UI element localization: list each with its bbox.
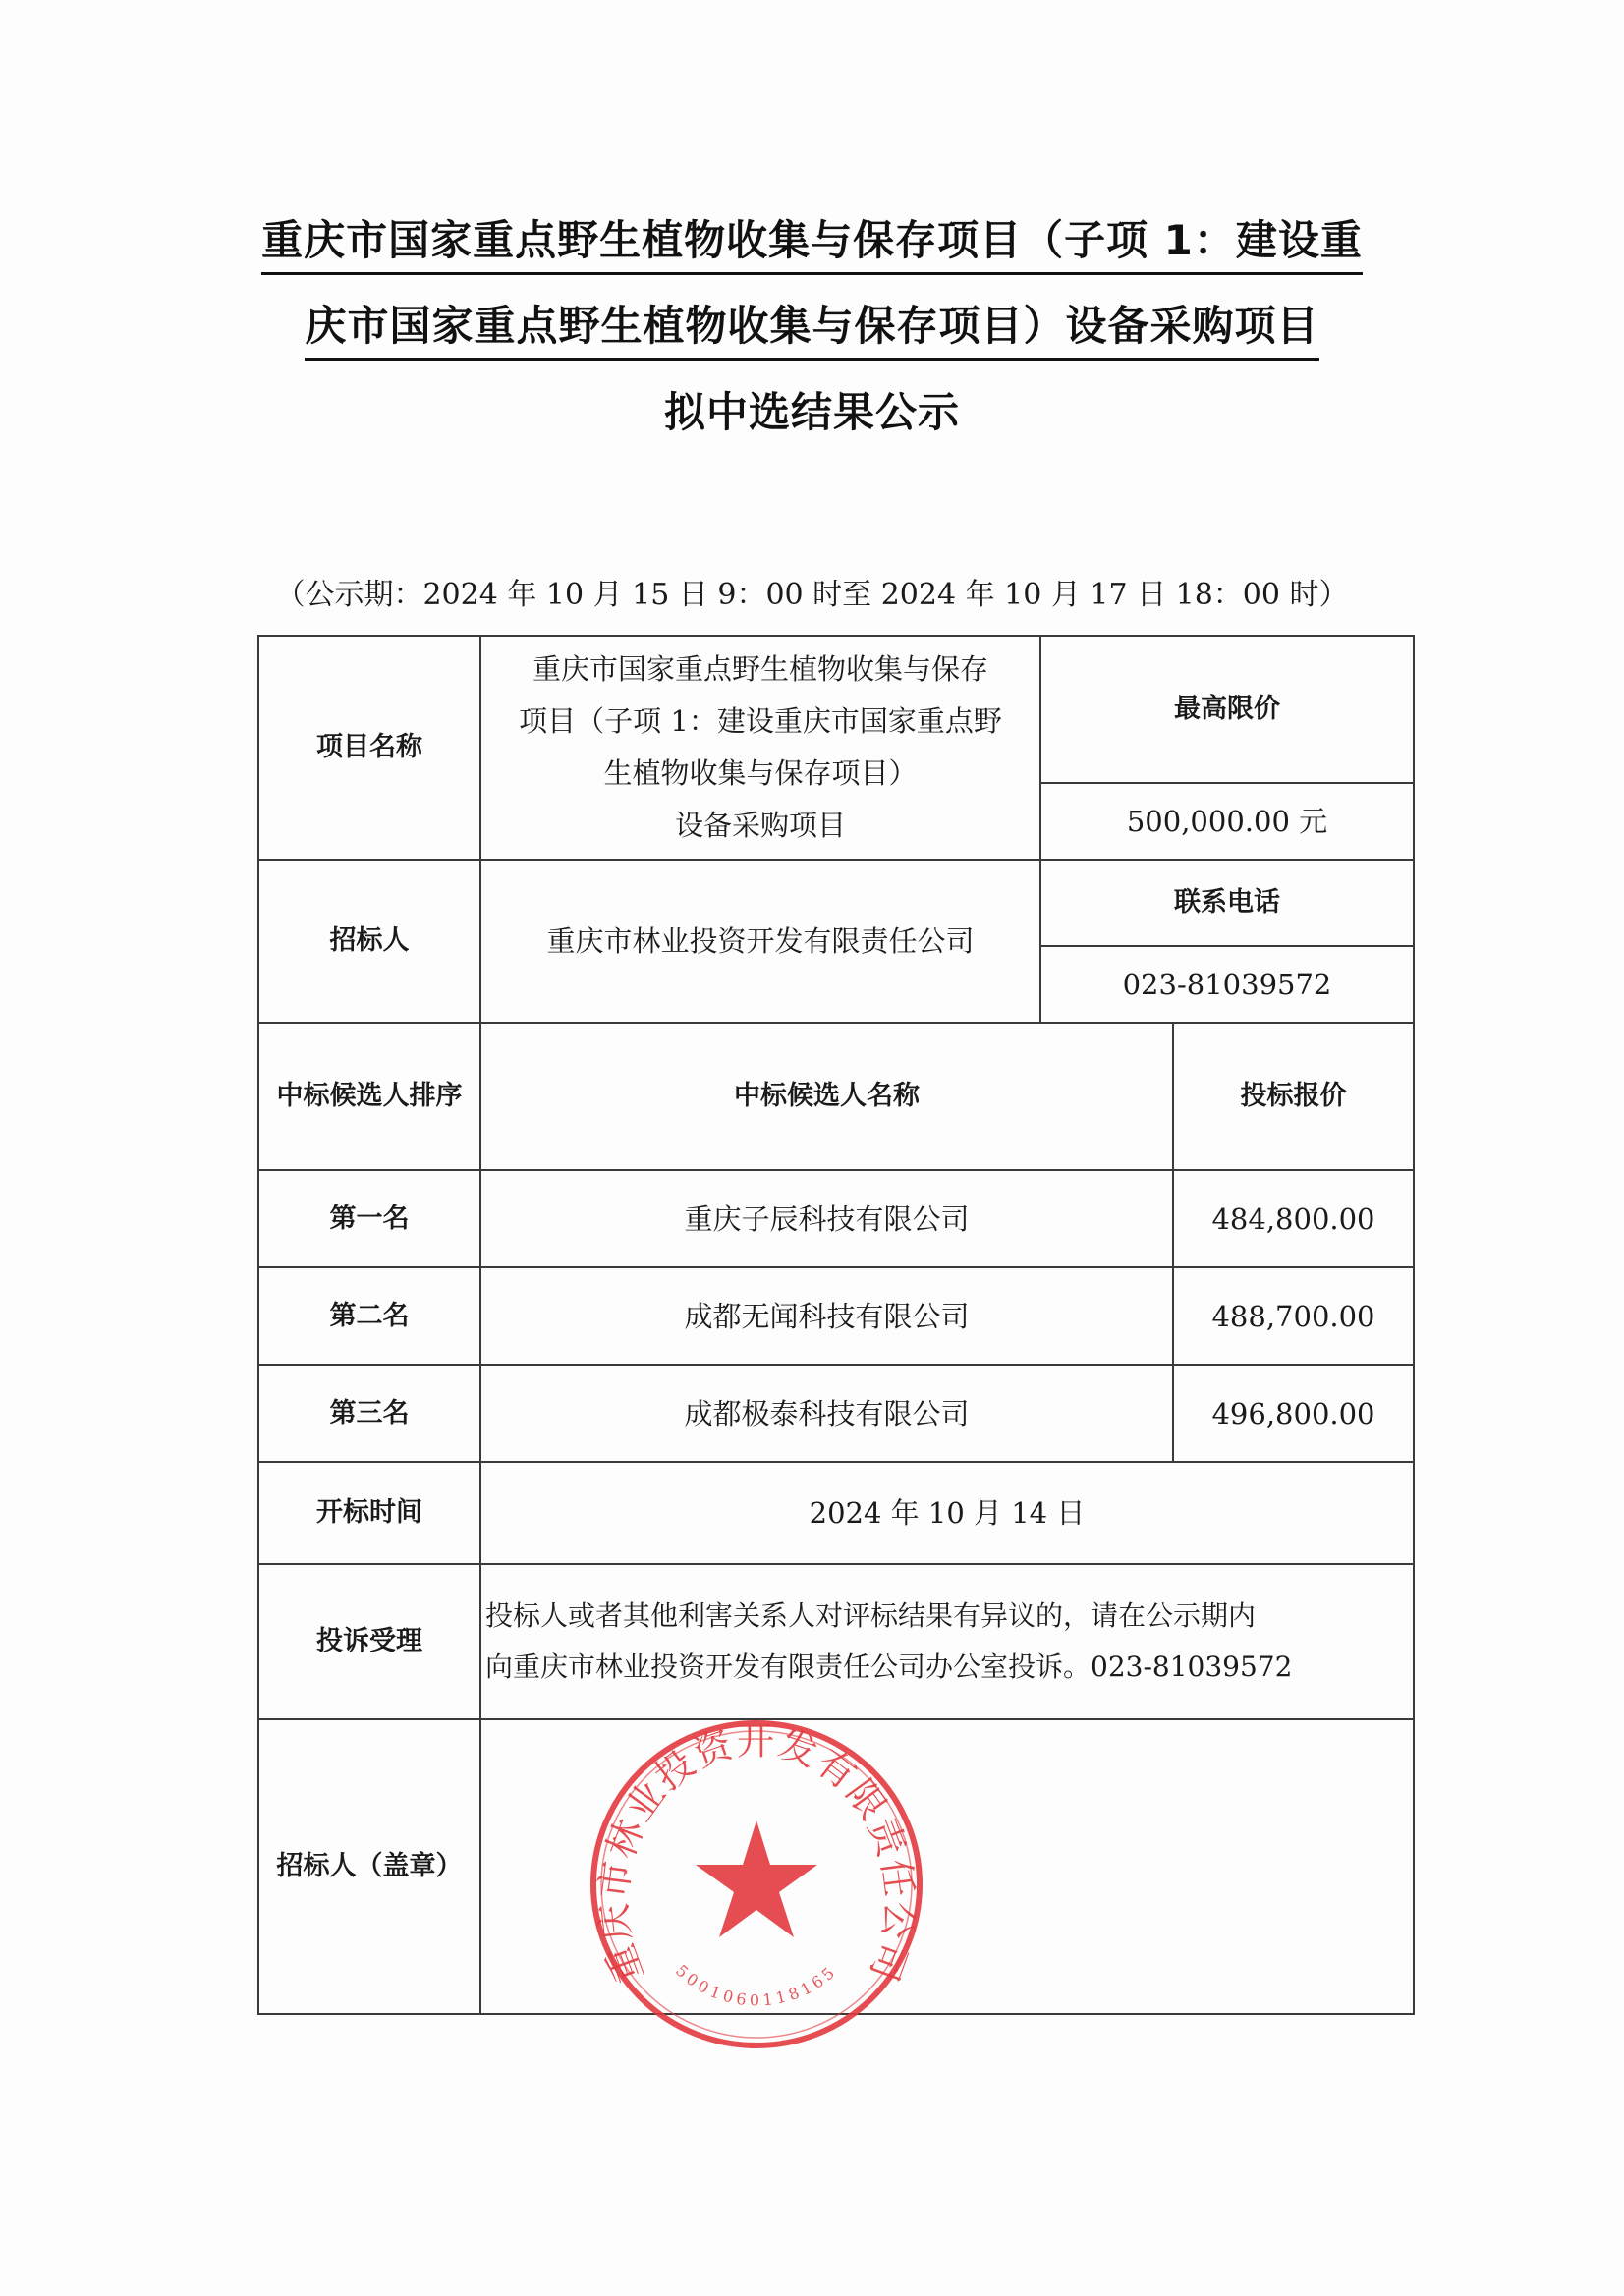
contact-phone-label: 联系电话	[1040, 860, 1414, 946]
title-line-1: 重庆市国家重点野生植物收集与保存项目（子项 1：建设重	[261, 211, 1363, 275]
candidate-price: 496,800.00	[1173, 1365, 1414, 1462]
title-line-3: 拟中选结果公示	[664, 383, 960, 442]
seal-label: 招标人（盖章）	[258, 1719, 480, 2014]
document-page: 重庆市国家重点野生植物收集与保存项目（子项 1：建设重 庆市国家重点野生植物收集…	[0, 0, 1624, 2296]
candidate-name: 重庆子辰科技有限公司	[480, 1170, 1173, 1267]
max-price-value: 500,000.00 元	[1040, 783, 1414, 860]
table-row: 第二名 成都无闻科技有限公司 488,700.00	[258, 1267, 1414, 1365]
candidate-name: 成都无闻科技有限公司	[480, 1267, 1173, 1365]
publicity-period: （公示期：2024 年 10 月 15 日 9：00 时至 2024 年 10 …	[0, 570, 1624, 613]
bid-opening-label: 开标时间	[258, 1462, 480, 1564]
complaint-line: 向重庆市林业投资开发有限责任公司办公室投诉。023-81039572	[485, 1642, 1409, 1693]
project-name-value: 重庆市国家重点野生植物收集与保存 项目（子项 1：建设重庆市国家重点野 生植物收…	[480, 636, 1040, 860]
candidate-name: 成都极泰科技有限公司	[480, 1365, 1173, 1462]
candidate-rank: 第三名	[258, 1365, 480, 1462]
complaint-label: 投诉受理	[258, 1564, 480, 1719]
project-name-line: 重庆市国家重点野生植物收集与保存	[481, 644, 1039, 696]
candidate-rank: 第一名	[258, 1170, 480, 1267]
project-name-line: 项目（子项 1：建设重庆市国家重点野	[481, 696, 1039, 748]
rank-header: 中标候选人排序	[258, 1023, 480, 1170]
candidate-name-header: 中标候选人名称	[480, 1023, 1173, 1170]
table-row: 第三名 成都极泰科技有限公司 496,800.00	[258, 1365, 1414, 1462]
complaint-text: 投标人或者其他利害关系人对评标结果有异议的，请在公示期内 向重庆市林业投资开发有…	[480, 1564, 1414, 1719]
bid-price-header: 投标报价	[1173, 1023, 1414, 1170]
candidate-price: 488,700.00	[1173, 1267, 1414, 1365]
contact-phone-value: 023-81039572	[1040, 946, 1414, 1023]
project-name-line: 生植物收集与保存项目）	[481, 748, 1039, 800]
complaint-line: 投标人或者其他利害关系人对评标结果有异议的，请在公示期内	[485, 1591, 1409, 1642]
table-row: 第一名 重庆子辰科技有限公司 484,800.00	[258, 1170, 1414, 1267]
title-line-2: 庆市国家重点野生植物收集与保存项目）设备采购项目	[305, 297, 1318, 361]
project-name-label: 项目名称	[258, 636, 480, 860]
project-name-line: 设备采购项目	[481, 800, 1039, 852]
max-price-label: 最高限价	[1040, 636, 1414, 783]
seal-area	[480, 1719, 1414, 2014]
candidate-rank: 第二名	[258, 1267, 480, 1365]
bid-opening-value: 2024 年 10 月 14 日	[480, 1462, 1414, 1564]
tenderer-value: 重庆市林业投资开发有限责任公司	[480, 860, 1040, 1023]
tenderer-label: 招标人	[258, 860, 480, 1023]
result-table: 项目名称 重庆市国家重点野生植物收集与保存 项目（子项 1：建设重庆市国家重点野…	[257, 635, 1415, 2015]
candidate-price: 484,800.00	[1173, 1170, 1414, 1267]
